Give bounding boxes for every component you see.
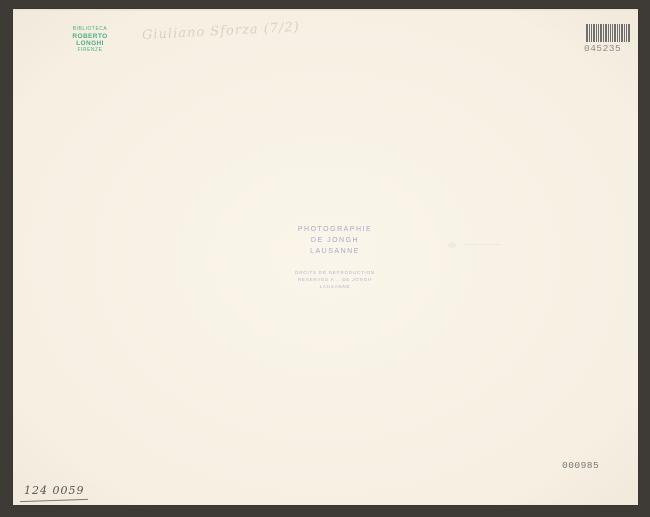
photographer-stamp-line1: PHOTOGRAPHIE (290, 224, 380, 235)
photographer-stamp-line3: LAUSANNE (290, 246, 380, 257)
rights-line3: LAUSANNE (282, 283, 388, 290)
library-stamp-line3: FIRENZE (58, 48, 122, 54)
inventory-number-note: 124 0059 (24, 484, 85, 497)
rights-line1: DROITS DE REPRODUCTION (282, 269, 388, 276)
faint-mark (448, 240, 503, 250)
library-stamp: BIBLIOTECA ROBERTO LONGHI FIRENZE (58, 27, 122, 53)
photographer-stamp-line2: DE JONGH (290, 235, 380, 246)
photographer-rights-stamp: DROITS DE REPRODUCTION RESERVES A ...DE … (282, 269, 388, 290)
barcode-number: 045235 (584, 43, 632, 54)
photographer-stamp: PHOTOGRAPHIE DE JONGH LAUSANNE (290, 224, 380, 257)
barcode-label: 045235 (584, 24, 632, 54)
stamped-number: 000985 (562, 460, 599, 471)
barcode-icon (586, 24, 632, 42)
photo-verso-sheet (13, 9, 638, 505)
library-stamp-line2: ROBERTO LONGHI (58, 33, 122, 48)
rights-line2: RESERVES A ...DE JONGH (282, 276, 388, 283)
sheet-edge (13, 9, 638, 11)
